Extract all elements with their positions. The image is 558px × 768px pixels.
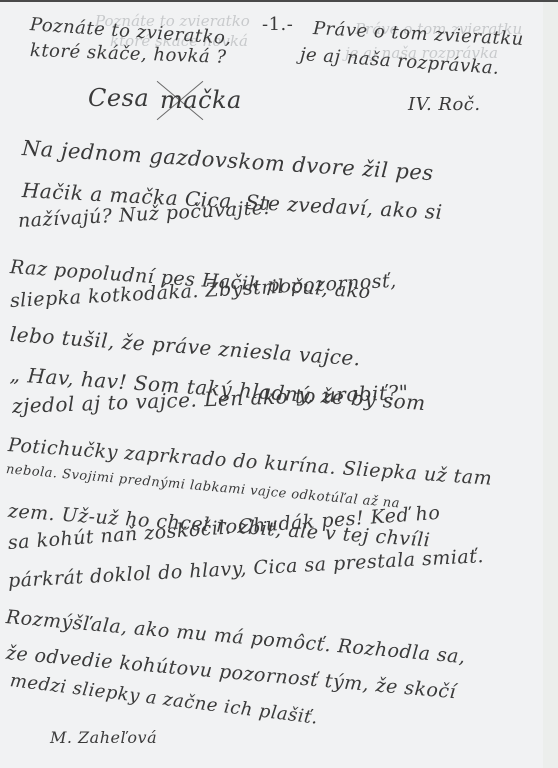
body-line: párkrát doklol do hlavy, Cica sa prestal… bbox=[7, 545, 484, 592]
body-line: Na jednom gazdovskom dvore žil pes bbox=[21, 136, 434, 185]
answer-crossed: Cesa bbox=[88, 84, 149, 112]
scan-edge bbox=[0, 0, 558, 2]
grade-label: IV. Roč. bbox=[408, 94, 481, 115]
body-line: lebo tušil, že práve zniesla vajce. bbox=[9, 322, 361, 370]
scan-margin bbox=[543, 0, 558, 768]
page-number: -1.- bbox=[262, 14, 293, 35]
paper-page: Poznáte to zvieratko ktoré skáče hovká P… bbox=[0, 0, 543, 768]
answer: mačka bbox=[160, 86, 242, 114]
signature: M. Zaheľová bbox=[50, 728, 157, 747]
